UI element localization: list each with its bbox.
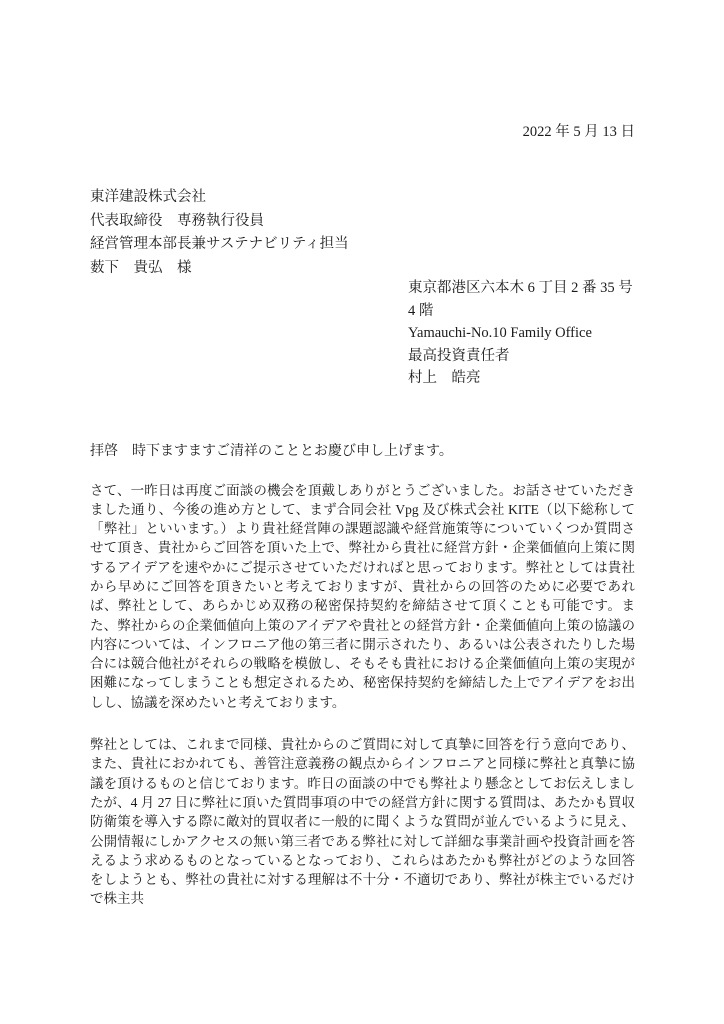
sender-office-name: Yamauchi-No.10 Family Office [408, 322, 635, 345]
recipient-company: 東洋建設株式会社 [90, 186, 635, 210]
recipient-title-line-1: 代表取締役 専務執行役員 [90, 210, 635, 234]
sender-address-line-1: 東京都港区六本木 6 丁目 2 番 35 号 [408, 277, 635, 300]
body-paragraph-1: さて、一昨日は再度ご面談の機会を頂戴しありがとうございました。お話させていただき… [90, 481, 635, 713]
letter-date: 2022 年 5 月 13 日 [90, 123, 635, 142]
sender-name: 村上 皓亮 [408, 367, 635, 390]
greeting-line: 拝啓 時下ますますご清祥のこととお慶び申し上げます。 [90, 442, 635, 462]
sender-title: 最高投資責任者 [408, 345, 635, 368]
body-paragraph-2: 弊社としては、これまで同様、貴社からのご質問に対して真摯に回答を行う意向であり、… [90, 735, 635, 909]
letter-page: 2022 年 5 月 13 日 東洋建設株式会社 代表取締役 専務執行役員 経営… [0, 0, 724, 1024]
sender-address-line-2: 4 階 [408, 300, 635, 323]
letter-content: 2022 年 5 月 13 日 東洋建設株式会社 代表取締役 専務執行役員 経営… [90, 0, 635, 909]
recipient-title-line-2: 経営管理本部長兼サステナビリティ担当 [90, 233, 635, 257]
sender-block: 東京都港区六本木 6 丁目 2 番 35 号 4 階 Yamauchi-No.1… [408, 277, 635, 390]
recipient-block: 東洋建設株式会社 代表取締役 専務執行役員 経営管理本部長兼サステナビリティ担当… [90, 186, 635, 280]
